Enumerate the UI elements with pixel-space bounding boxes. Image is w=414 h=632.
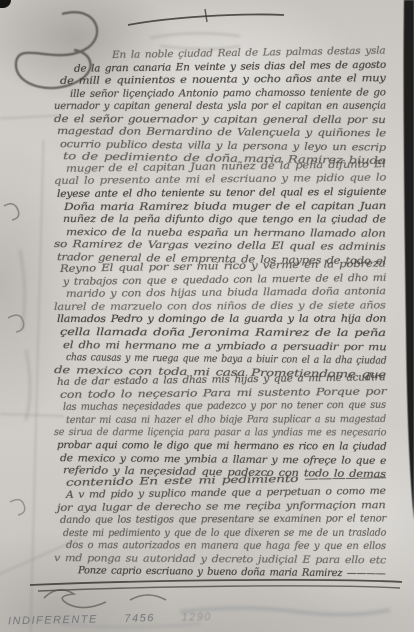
manuscript-line: se sirua de darme liçençia para pasar a …	[52, 427, 400, 440]
manuscript-line: dos o mas autorizados en manera que haga…	[52, 540, 400, 554]
archive-legajo-number: 7456	[124, 612, 155, 625]
manuscript-line: Doña maria Ramirez biuda muger de el cap…	[52, 201, 400, 215]
archive-section-label: INDIFERENTE	[8, 613, 98, 627]
manuscript-line: las muchas neçesidades que padezco y por…	[52, 400, 400, 415]
manuscript-line: laurel de marzuelo con dos niños de dies…	[52, 300, 400, 314]
manuscript-line: çella llamada doña Jeronima Ramirez de l…	[52, 327, 400, 341]
manuscript-line: ille señor liçençiado Antonio pamo chamo…	[52, 87, 400, 101]
manuscript-line: dando que los testigos que presentare se…	[52, 514, 400, 528]
manuscript-line: nuñez de la peña difunto digo que tengo …	[52, 214, 400, 227]
manuscript-line: deste mi pedimiento y que de lo que dixe…	[52, 527, 400, 540]
manuscript-scan: En la noble çiudad Real de Las palmas de…	[0, 0, 414, 632]
archive-doc-number: 1290	[181, 611, 212, 624]
manuscript-line: leyese ante el dho teniente su tenor del…	[52, 187, 400, 202]
manuscript-line: tentar mi casa ni hazer el dho biaje Par…	[52, 414, 400, 428]
manuscript-text-block: En la noble çiudad Real de Las palmas de…	[52, 51, 400, 578]
manuscript-line: uernador y capitan general desta ysla po…	[52, 101, 400, 114]
manuscript-line: llamados Pedro y domingo de la guarda y …	[52, 314, 400, 327]
manuscript-line: probar aqui como le digo que mi hermano …	[52, 440, 400, 454]
manuscript-line: de el señor gouernador y capitan general…	[52, 114, 400, 128]
manuscript-line: de mill e quinientos e nouenta y ocho añ…	[52, 73, 400, 89]
